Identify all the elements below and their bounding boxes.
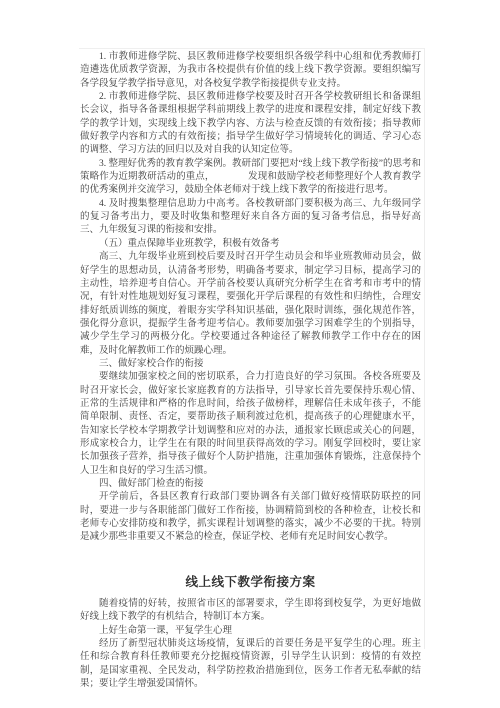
- paragraph-intro: 随着疫情的好转，按照省市区的部署要求，学生即将到校复学，为更好地做好线上线下教学…: [80, 598, 421, 625]
- paragraph-graduating: 高三、九年级毕业班到校后要及时召开学生动员会和毕业班教师动员会，做好学生的思想动…: [80, 251, 421, 358]
- document-page: 1. 市教师进修学院、县区教师进修学校要组织各级学科中心组和优秀教师打造遴选优质…: [0, 0, 500, 708]
- paragraph-item-4: 4. 及时搜集整理信息助力中高考。各校教研部门要积极为高三、九年级同学的复习备考…: [80, 198, 421, 238]
- section-heading-three: 三、做好家校合作的衔接: [80, 358, 421, 371]
- section-heading-lesson: 上好生命第一课，平复学生心理: [80, 625, 421, 638]
- section-heading-four: 四、做好部门检查的衔接: [80, 478, 421, 491]
- page-edge-right-line: [424, 48, 425, 649]
- section-heading-five: （五）重点保障毕业班教学，积极有效备考: [80, 238, 421, 251]
- paragraph-item-2: 2. 市教师进修学院、县区教师进修学校要及时召开各学校教研组长和备课组长会议，指…: [80, 91, 421, 158]
- page-edge-top-line: [79, 48, 425, 49]
- document-body: 1. 市教师进修学院、县区教师进修学校要组织各级学科中心组和优秀教师打造遴选优质…: [80, 51, 421, 691]
- paragraph-item-3: 3. 整理好优秀的教育教学案例。教研部门要把对“线上线下教学衔接”的思考和策略作…: [80, 158, 421, 198]
- paragraph-psychology: 经历了新型冠状肺炎这场疫情，复课后的首要任务是平复学生的心理。班主任和综合教育科…: [80, 638, 421, 691]
- paragraph-family-school: 要继续加强家校之间的密切联系，合力打造良好的学习氛围。各校各班要及时召开家长会，…: [80, 371, 421, 478]
- paragraph-item-1: 1. 市教师进修学院、县区教师进修学校要组织各级学科中心组和优秀教师打造遴选优质…: [80, 51, 421, 91]
- paragraph-inspection: 开学前后，各县区教育行政部门要协调各有关部门做好疫情联防联控的同时，要进一步与各…: [80, 491, 421, 544]
- document-title: 线上线下教学衔接方案: [80, 576, 421, 589]
